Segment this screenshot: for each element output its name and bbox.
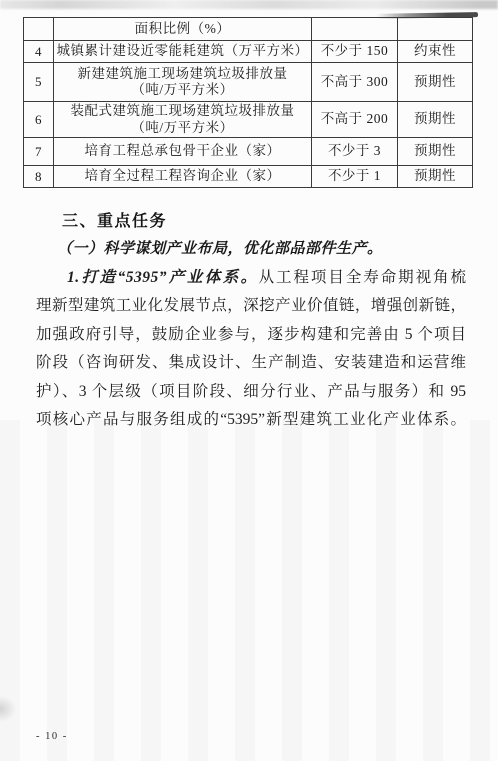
table-row: 6 装配式建筑施工现场建筑垃圾排放量 （吨/万平方米） 不高于 200 预期性	[24, 102, 473, 138]
indicators-table: 面积比例（%） 4 城镇累计建设近零能耗建筑（万平方米） 不少于 150 约束性…	[23, 17, 473, 188]
paragraph-line: 项核心产品与服务组成的“5395”新型建筑工业化产业体系。	[36, 406, 466, 434]
indicator-text: （吨/万平方米）	[56, 82, 309, 98]
paragraph-line: 1.打造“5395”产业体系。从工程项目全寿命期视角梳	[36, 264, 466, 292]
paragraph-line-rest: 从工程项目全寿命期视角梳	[259, 269, 466, 286]
section-heading: 三、重点任务	[62, 208, 167, 231]
cell-target-value: 不少于 1	[312, 166, 398, 188]
table-row-continuation: 面积比例（%）	[24, 18, 473, 41]
section-subheading: （一）科学谋划产业布局，优化部品部件生产。	[57, 237, 383, 258]
scan-artifact-bottom-left-smudge	[0, 696, 16, 722]
cell-attribute: 预期性	[398, 166, 473, 188]
scanned-document-page: 面积比例（%） 4 城镇累计建设近零能耗建筑（万平方米） 不少于 150 约束性…	[0, 0, 498, 761]
cell-indicator-name: 培育全过程工程咨询企业（家）	[54, 166, 312, 188]
cell-target-value: 不少于 150	[312, 41, 398, 63]
table-row: 5 新建建筑施工现场建筑垃圾排放量 （吨/万平方米） 不高于 300 预期性	[24, 63, 473, 102]
body-paragraph: 1.打造“5395”产业体系。从工程项目全寿命期视角梳 理新型建筑工业化发展节点…	[36, 264, 466, 434]
cell-attribute: 预期性	[398, 138, 473, 166]
table-row: 4 城镇累计建设近零能耗建筑（万平方米） 不少于 150 约束性	[24, 41, 473, 63]
indicator-text: 装配式建筑施工现场建筑垃圾排放量	[56, 103, 309, 119]
cell-row-number: 7	[24, 138, 54, 166]
table-row: 8 培育全过程工程咨询企业（家） 不少于 1 预期性	[24, 166, 473, 188]
indicator-text: 面积比例（%）	[56, 21, 309, 37]
cell-row-number: 8	[24, 166, 54, 188]
cell-row-number: 4	[24, 41, 54, 63]
indicator-text: 新建建筑施工现场建筑垃圾排放量	[56, 66, 309, 82]
paragraph-line: 加强政府引导，鼓励企业参与，逐步构建和完善由 5 个项目	[36, 321, 466, 349]
cell-indicator-name: 面积比例（%）	[54, 18, 312, 41]
cell-row-number	[24, 18, 54, 41]
indicator-text: （吨/万平方米）	[56, 120, 309, 136]
cell-indicator-name: 城镇累计建设近零能耗建筑（万平方米）	[54, 41, 312, 63]
cell-indicator-name: 装配式建筑施工现场建筑垃圾排放量 （吨/万平方米）	[54, 102, 312, 138]
page-number: - 10 -	[36, 731, 68, 742]
paragraph-line: 护）、3 个层级（项目阶段、细分行业、产品与服务）和 95	[36, 378, 466, 406]
cell-target-value: 不少于 3	[312, 138, 398, 166]
indicator-text: 培育全过程工程咨询企业（家）	[56, 168, 309, 184]
cell-attribute: 约束性	[398, 41, 473, 63]
cell-attribute: 预期性	[398, 102, 473, 138]
indicator-text: 培育工程总承包骨干企业（家）	[56, 143, 309, 159]
cell-row-number: 6	[24, 102, 54, 138]
cell-attribute: 预期性	[398, 63, 473, 102]
paragraph-lead-bold: 1.打造“5395”产业体系。	[67, 269, 259, 286]
indicator-text: 城镇累计建设近零能耗建筑（万平方米）	[56, 43, 309, 59]
cell-target-value	[312, 18, 398, 41]
scan-artifact-streaks	[0, 420, 498, 761]
table-row: 7 培育工程总承包骨干企业（家） 不少于 3 预期性	[24, 138, 473, 166]
cell-target-value: 不高于 200	[312, 102, 398, 138]
cell-attribute	[398, 18, 473, 41]
scan-artifact-top-band	[0, 0, 498, 9]
cell-indicator-name: 新建建筑施工现场建筑垃圾排放量 （吨/万平方米）	[54, 63, 312, 102]
cell-indicator-name: 培育工程总承包骨干企业（家）	[54, 138, 312, 166]
paragraph-line: 理新型建筑工业化发展节点，深挖产业价值链，增强创新链，	[36, 292, 466, 320]
cell-target-value: 不高于 300	[312, 63, 398, 102]
cell-row-number: 5	[24, 63, 54, 102]
paragraph-line: 阶段（咨询研发、集成设计、生产制造、安装建造和运营维	[36, 349, 466, 377]
